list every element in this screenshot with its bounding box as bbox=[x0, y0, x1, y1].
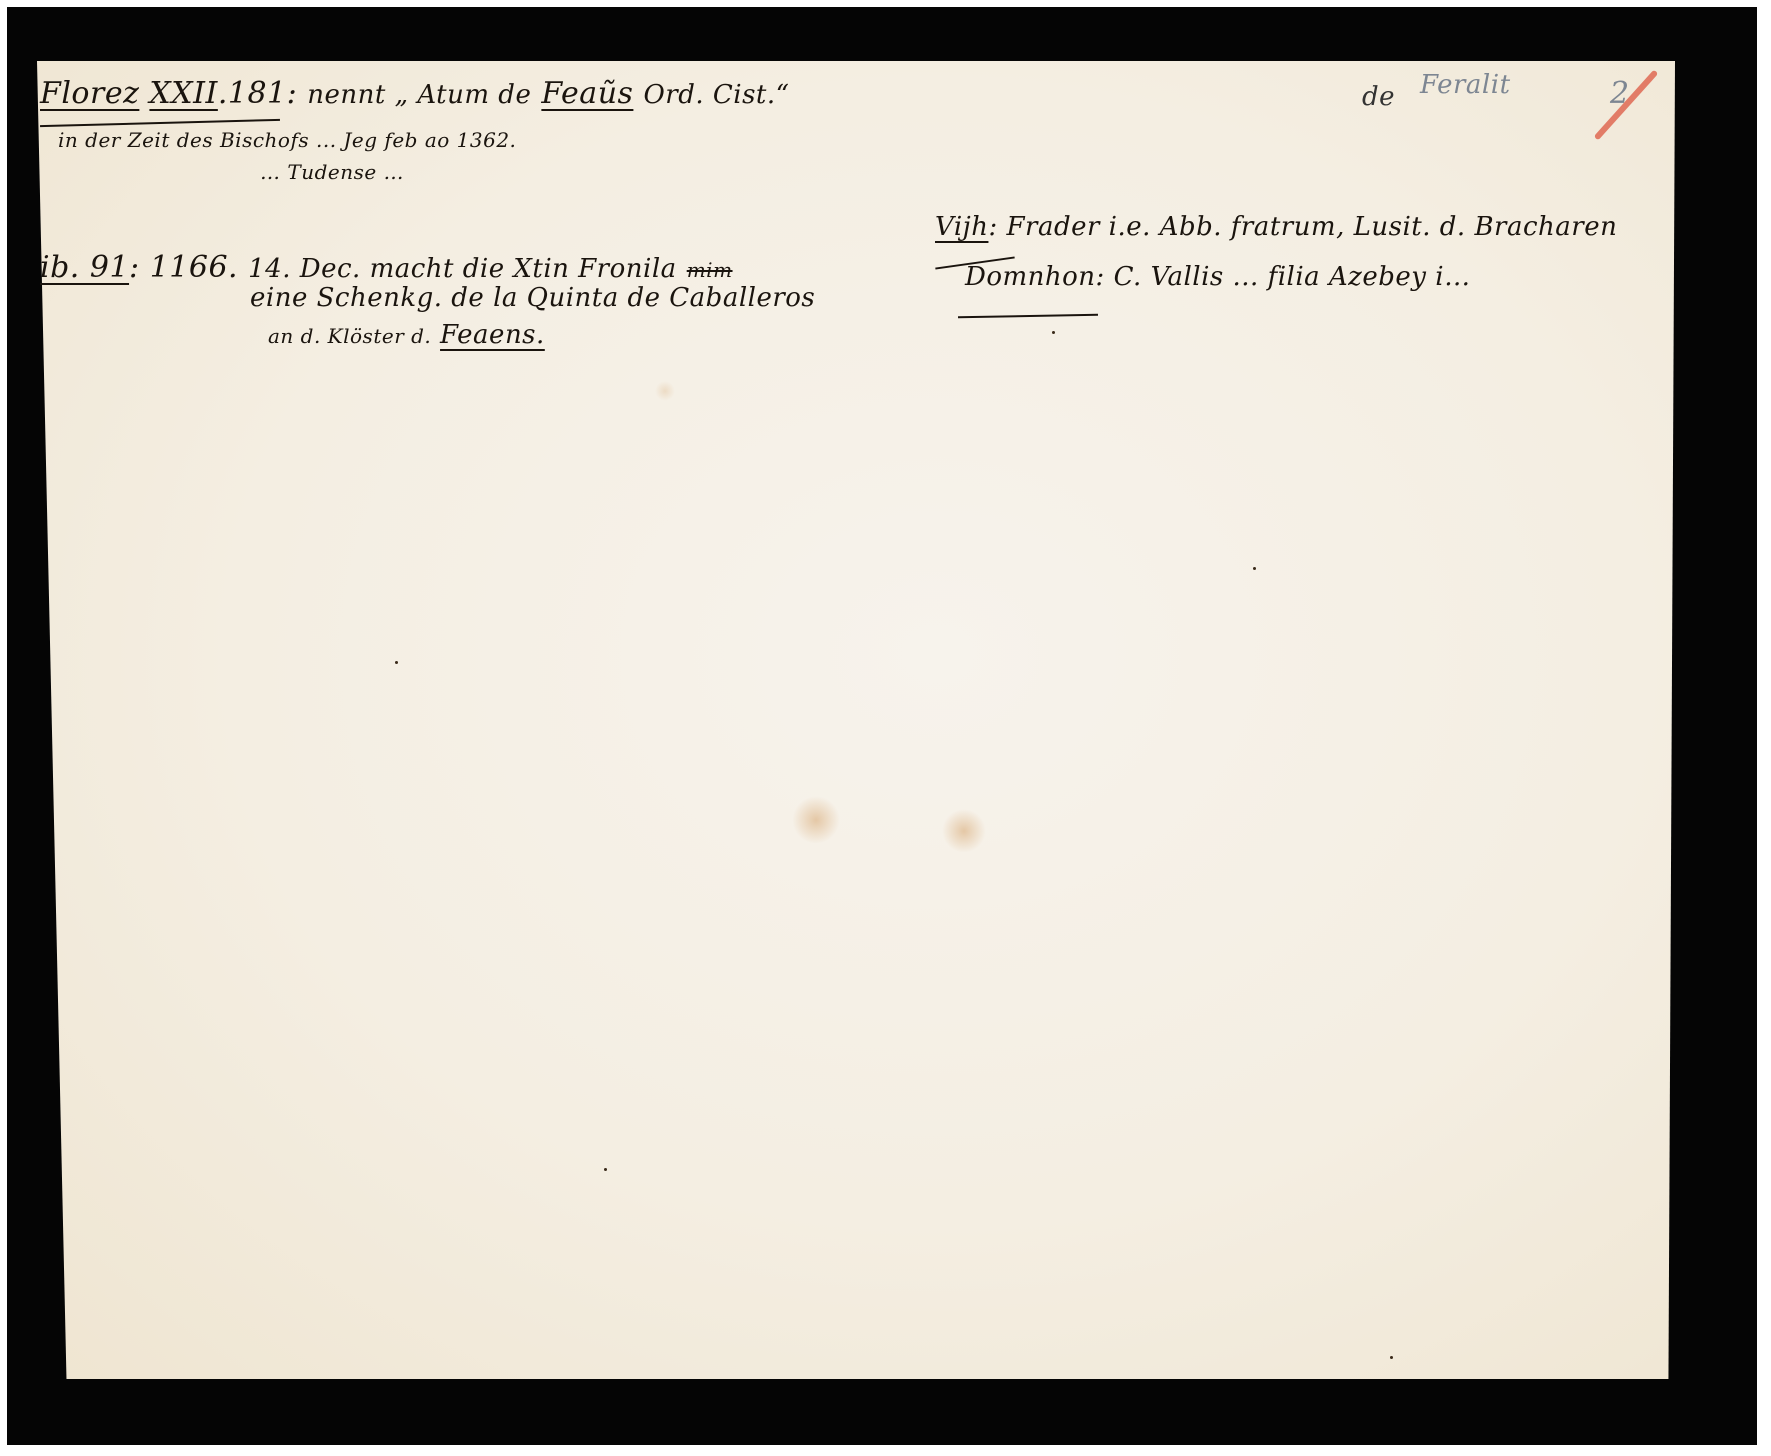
citation-text: nennt „ Atum de bbox=[307, 80, 531, 110]
right-label-2: Domnhon bbox=[965, 262, 1096, 292]
source-page: .181: bbox=[218, 76, 297, 111]
entry-ref: ib. 91 bbox=[40, 250, 129, 285]
right-line-1: Vijh: Frader i.e. Abb. fratrum, Lusit. d… bbox=[935, 212, 1617, 242]
speck bbox=[1253, 567, 1256, 570]
citation-line-1: Florez XXII.181: nennt „ Atum de Feaũs O… bbox=[40, 76, 789, 111]
right-text-1: : Frader i.e. Abb. fratrum, Lusit. d. Br… bbox=[988, 212, 1617, 242]
speck bbox=[604, 1168, 607, 1171]
foxing-stain bbox=[792, 796, 840, 844]
place-name: Feaũs bbox=[541, 76, 633, 111]
entry-year: 1166. bbox=[150, 250, 238, 285]
corner-label-prefix: de bbox=[1362, 82, 1395, 112]
citation-line-2: in der Zeit des Bischofs ... Jeg feb ao … bbox=[58, 128, 516, 152]
corner-label-word: Feralit bbox=[1420, 70, 1511, 100]
foxing-stain bbox=[942, 809, 986, 853]
source-volume: XXII bbox=[149, 76, 217, 111]
foxing-stain bbox=[655, 381, 675, 401]
right-label-1: Vijh bbox=[935, 212, 988, 242]
entry-91-line-1: ib. 91: 1166. 14. Dec. macht die Xtin Fr… bbox=[40, 250, 733, 285]
citation-tail: Ord. Cist.“ bbox=[643, 80, 789, 110]
entry-91-line-2: eine Schenkg. de la Quinta de Caballeros bbox=[250, 283, 815, 313]
speck bbox=[1052, 331, 1055, 334]
entry-line3-prefix: an d. Klöster d. bbox=[268, 324, 431, 348]
entry-place: Feaens. bbox=[440, 320, 545, 350]
citation-line-3: … Tudense … bbox=[260, 160, 404, 184]
speck bbox=[1390, 1356, 1393, 1359]
entry-text: 14. Dec. macht die Xtin Fronila bbox=[248, 254, 677, 284]
right-text-2: : C. Vallis ... filia Azebey i… bbox=[1096, 262, 1471, 292]
struck-word: mim bbox=[687, 258, 733, 282]
right-line-2: Domnhon: C. Vallis ... filia Azebey i… bbox=[965, 262, 1471, 292]
source-author: Florez bbox=[40, 76, 139, 111]
entry-91-line-3: an d. Klöster d. Feaens. bbox=[268, 320, 545, 350]
speck bbox=[395, 661, 398, 664]
